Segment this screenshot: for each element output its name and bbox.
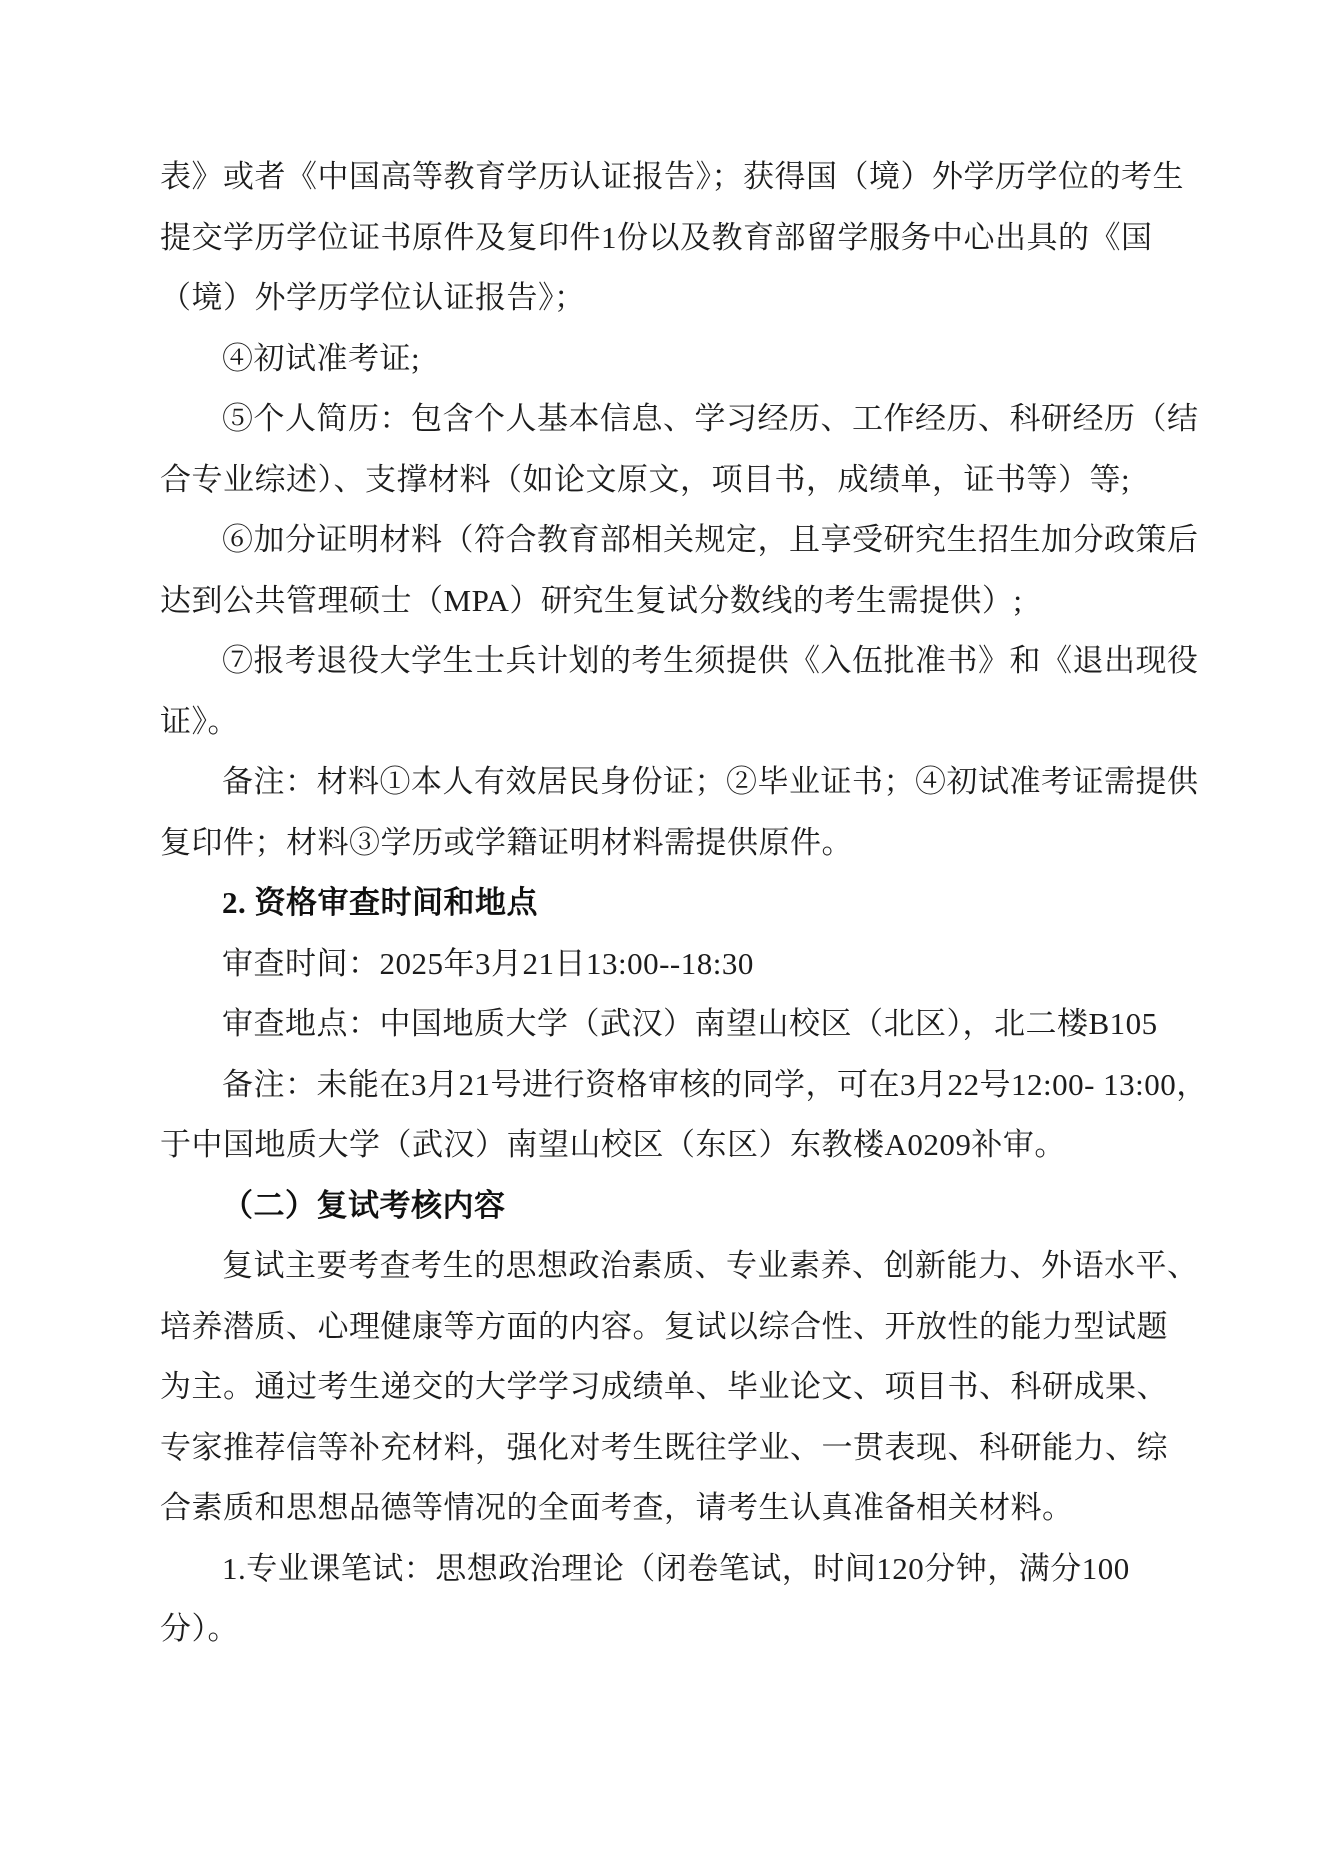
text-line: 合素质和思想品德等情况的全面考查，请考生认真准备相关材料。: [160, 1478, 1174, 1539]
text-line: 培养潜质、心理健康等方面的内容。复试以综合性、开放性的能力型试题: [160, 1297, 1174, 1358]
list-item-6: ⑥加分证明材料（符合教育部相关规定，且享受研究生招生加分政策后: [160, 510, 1174, 571]
document-body: 表》或者《中国高等教育学历认证报告》；获得国（境）外学历学位的考生 提交学历学位…: [160, 147, 1174, 1660]
note-line: 备注：未能在3月21号进行资格审核的同学，可在3月22号12:00- 13:00…: [160, 1055, 1174, 1116]
written-exam-line: 1.专业课笔试：思想政治理论（闭卷笔试，时间120分钟，满分100: [160, 1539, 1174, 1600]
text-line: 为主。通过考生递交的大学学习成绩单、毕业论文、项目书、科研成果、: [160, 1357, 1174, 1418]
list-item-5: ⑤个人简历：包含个人基本信息、学习经历、工作经历、科研经历（结: [160, 389, 1174, 450]
section-heading-retest-content: （二）复试考核内容: [160, 1176, 1174, 1237]
text-line: 达到公共管理硕士（MPA）研究生复试分数线的考生需提供）;: [160, 571, 1174, 632]
text-line: 专家推荐信等补充材料，强化对考生既往学业、一贯表现、科研能力、综: [160, 1418, 1174, 1479]
text-line: 复印件；材料③学历或学籍证明材料需提供原件。: [160, 813, 1174, 874]
section-heading-review-time-place: 2. 资格审查时间和地点: [160, 873, 1174, 934]
list-item-4: ④初试准考证;: [160, 329, 1174, 390]
text-line: 分）。: [160, 1599, 1174, 1660]
document-page: 表》或者《中国高等教育学历认证报告》；获得国（境）外学历学位的考生 提交学历学位…: [0, 0, 1322, 1871]
text-line: 证》。: [160, 692, 1174, 753]
review-time-line: 审查时间：2025年3月21日13:00--18:30: [160, 934, 1174, 995]
text-line: 于中国地质大学（武汉）南望山校区（东区）东教楼A0209补审。: [160, 1115, 1174, 1176]
text-line: （境）外学历学位认证报告》；: [160, 268, 1174, 329]
text-line: 提交学历学位证书原件及复印件1份以及教育部留学服务中心出具的《国: [160, 208, 1174, 269]
list-item-7: ⑦报考退役大学生士兵计划的考生须提供《入伍批准书》和《退出现役: [160, 631, 1174, 692]
text-line: 合专业综述）、支撑材料（如论文原文，项目书，成绩单，证书等）等;: [160, 450, 1174, 511]
text-line: 表》或者《中国高等教育学历认证报告》；获得国（境）外学历学位的考生: [160, 147, 1174, 208]
note-line: 备注：材料①本人有效居民身份证；②毕业证书；④初试准考证需提供: [160, 752, 1174, 813]
text-line: 复试主要考查考生的思想政治素质、专业素养、创新能力、外语水平、: [160, 1236, 1174, 1297]
review-place-line: 审查地点：中国地质大学（武汉）南望山校区（北区），北二楼B105: [160, 994, 1174, 1055]
